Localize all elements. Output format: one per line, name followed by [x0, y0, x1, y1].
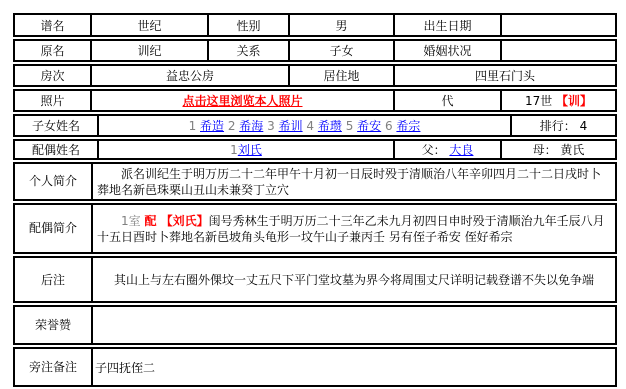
- spouse-order: 1室: [121, 214, 144, 228]
- child-index: 1: [189, 119, 200, 133]
- photo-link-cell: 点击这里浏览本人照片: [90, 91, 393, 110]
- children-links-cell: 1 希造 2 希海 3 希训 4 希瓒 5 希安 6 希宗: [97, 116, 510, 135]
- value-relation: 子女: [288, 41, 393, 60]
- label-relation: 关系: [207, 41, 288, 60]
- child-name-link[interactable]: 希瓒: [318, 117, 342, 134]
- rank-value: 4: [580, 119, 588, 133]
- spouse-bio-text: 1室 配 【刘氏】闺号秀林生于明万历二十三年乙未九月初四日申时殁于清顺治九年壬辰…: [95, 213, 613, 245]
- side-note-text-cell: 子四抚侄二: [91, 349, 615, 374]
- row-spouse-bio: 配偶 简介 1室 配 【刘氏】闺号秀林生于明万历二十三年乙未九月初四日申时殁于清…: [13, 203, 617, 254]
- label-gender: 性别: [207, 15, 288, 35]
- father-name-link[interactable]: 大良: [449, 141, 473, 158]
- label-personal-bio: 个人 简介: [15, 164, 91, 199]
- mother-label: 母：: [533, 141, 561, 158]
- personal-bio-text-cell: 派名训纪生于明万历二十二年甲午十月初一日辰时殁于清顺治八年辛卯四月二十二日戌时卜…: [91, 164, 615, 199]
- label-spouse-name: 配偶姓名: [15, 141, 97, 158]
- value-gender: 男: [288, 15, 393, 35]
- generation-tag: 【训】: [556, 92, 592, 109]
- side-note-text: 子四抚侄二: [95, 359, 155, 375]
- row-honor: 荣誉 赞: [13, 305, 617, 345]
- post-note-text: 其山上与左右圈外倮坟一丈五尺下平门堂坟墓为界今将周围丈尺详明记载登谱不失以免争端: [114, 271, 594, 288]
- row-original-name-relation: 原名 训纪 关系 子女 婚姻状况: [13, 39, 617, 62]
- spouse-bio-text-cell: 1室 配 【刘氏】闺号秀林生于明万历二十三年乙未九月初四日申时殁于清顺治九年壬辰…: [91, 205, 615, 252]
- genealogy-record-card: 谱名 世纪 性别 男 出生日期 原名 训纪 关系 子女 婚姻状况 房次 益忠公房…: [13, 13, 617, 374]
- row-spouse-name-parents: 配偶姓名 1刘氏 父： 大良 母： 黄氏: [13, 139, 617, 160]
- spouse-link-cell: 1刘氏: [97, 141, 393, 158]
- spouse-name-link[interactable]: 刘氏: [238, 141, 262, 158]
- spouse-index: 1: [230, 143, 238, 157]
- row-name-gender-birth: 谱名 世纪 性别 男 出生日期: [13, 13, 617, 37]
- child-index: 2: [224, 119, 239, 133]
- child-index: 4: [303, 119, 318, 133]
- child-index: 5: [342, 119, 357, 133]
- value-marital-status: [500, 41, 615, 60]
- child-name-link[interactable]: 希造: [200, 117, 224, 134]
- value-original-name: 训纪: [90, 41, 207, 60]
- label-honor: 荣誉 赞: [15, 307, 91, 343]
- value-birth-date: [500, 15, 615, 35]
- child-name-link[interactable]: 希安: [357, 117, 381, 134]
- label-generation: 代: [393, 91, 500, 110]
- value-generation: 17世 【训】: [500, 91, 615, 110]
- spouse-pei-marker: 配: [144, 214, 160, 228]
- value-sibling-rank: 排行： 4: [510, 116, 615, 135]
- father-label: 父：: [422, 141, 450, 158]
- row-side-note: 旁注 备注 子四抚侄二: [13, 347, 617, 374]
- label-photo: 照片: [15, 91, 90, 110]
- label-post-note: 后注: [15, 258, 91, 301]
- honor-text-cell: [91, 307, 615, 343]
- personal-bio-text: 派名训纪生于明万历二十二年甲午十月初一日辰时殁于清顺治八年辛卯四月二十二日戌时卜…: [95, 166, 613, 198]
- value-residence: 四里石门头: [393, 66, 615, 85]
- label-spouse-bio: 配偶 简介: [15, 205, 91, 252]
- label-branch: 房次: [15, 66, 90, 85]
- child-name-link[interactable]: 希宗: [396, 117, 420, 134]
- value-mother: 母： 黄氏: [500, 141, 615, 158]
- row-branch-residence: 房次 益忠公房 居住地 四里石门头: [13, 64, 617, 87]
- row-post-note: 后注 其山上与左右圈外倮坟一丈五尺下平门堂坟墓为界今将周围丈尺详明记载登谱不失以…: [13, 256, 617, 303]
- child-name-link[interactable]: 希海: [239, 117, 263, 134]
- label-children-names: 子女姓名: [15, 116, 97, 135]
- row-photo-generation: 照片 点击这里浏览本人照片 代 17世 【训】: [13, 89, 617, 112]
- child-index: 3: [263, 119, 278, 133]
- child-index: 6: [381, 119, 396, 133]
- label-marital-status: 婚姻状况: [393, 41, 500, 60]
- value-branch: 益忠公房: [90, 66, 288, 85]
- mother-name: 黄氏: [560, 141, 584, 158]
- generation-number: 17世: [525, 92, 556, 109]
- row-personal-bio: 个人 简介 派名训纪生于明万历二十二年甲午十月初一日辰时殁于清顺治八年辛卯四月二…: [13, 162, 617, 201]
- label-side-note: 旁注 备注: [15, 349, 91, 374]
- child-name-link[interactable]: 希训: [279, 117, 303, 134]
- label-birth-date: 出生日期: [393, 15, 500, 35]
- label-residence: 居住地: [288, 66, 393, 85]
- rank-label: 排行：: [540, 117, 580, 134]
- row-children-names: 子女姓名 1 希造 2 希海 3 希训 4 希瓒 5 希安 6 希宗 排行： 4: [13, 114, 617, 137]
- value-genealogy-name: 世纪: [90, 15, 207, 35]
- label-genealogy-name: 谱名: [15, 15, 90, 35]
- spouse-bio-name: 【刘氏】: [161, 214, 209, 228]
- label-original-name: 原名: [15, 41, 90, 60]
- view-photo-link[interactable]: 点击这里浏览本人照片: [182, 92, 302, 109]
- post-note-text-cell: 其山上与左右圈外倮坟一丈五尺下平门堂坟墓为界今将周围丈尺详明记载登谱不失以免争端: [91, 258, 615, 301]
- value-father: 父： 大良: [393, 141, 500, 158]
